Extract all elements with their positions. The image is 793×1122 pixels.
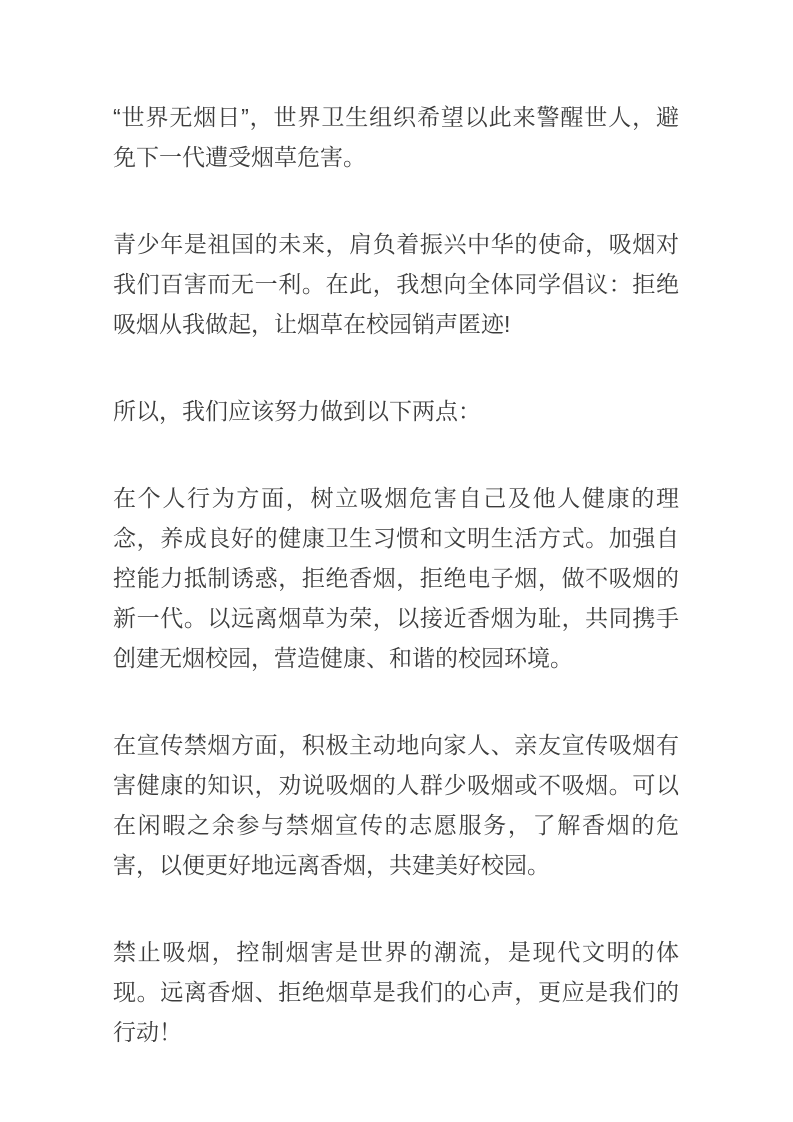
document-page: “世界无烟日”，世界卫生组织希望以此来警醒世人，避免下一代遭受烟草危害。 青少年… [0,0,793,1122]
paragraph-personal-behavior: 在个人行为方面，树立吸烟危害自己及他人健康的理念，养成良好的健康卫生习惯和文明生… [113,478,679,678]
paragraph-closing-call-to-action: 禁止吸烟，控制烟害是世界的潮流，是现代文明的体现。远离香烟、拒绝烟草是我们的心声… [113,932,679,1052]
paragraph-world-no-tobacco-day: “世界无烟日”，世界卫生组织希望以此来警醒世人，避免下一代遭受烟草危害。 [113,97,679,177]
paragraph-two-points-lead-in: 所以，我们应该努力做到以下两点： [113,391,679,431]
paragraph-publicity-smoking-ban: 在宣传禁烟方面，积极主动地向家人、亲友宣传吸烟有害健康的知识，劝说吸烟的人群少吸… [113,725,679,885]
document-text-block: “世界无烟日”，世界卫生组织希望以此来警醒世人，避免下一代遭受烟草危害。 青少年… [113,97,679,1052]
paragraph-youth-proposal: 青少年是祖国的未来，肩负着振兴中华的使命，吸烟对我们百害而无一利。在此，我想向全… [113,224,679,344]
